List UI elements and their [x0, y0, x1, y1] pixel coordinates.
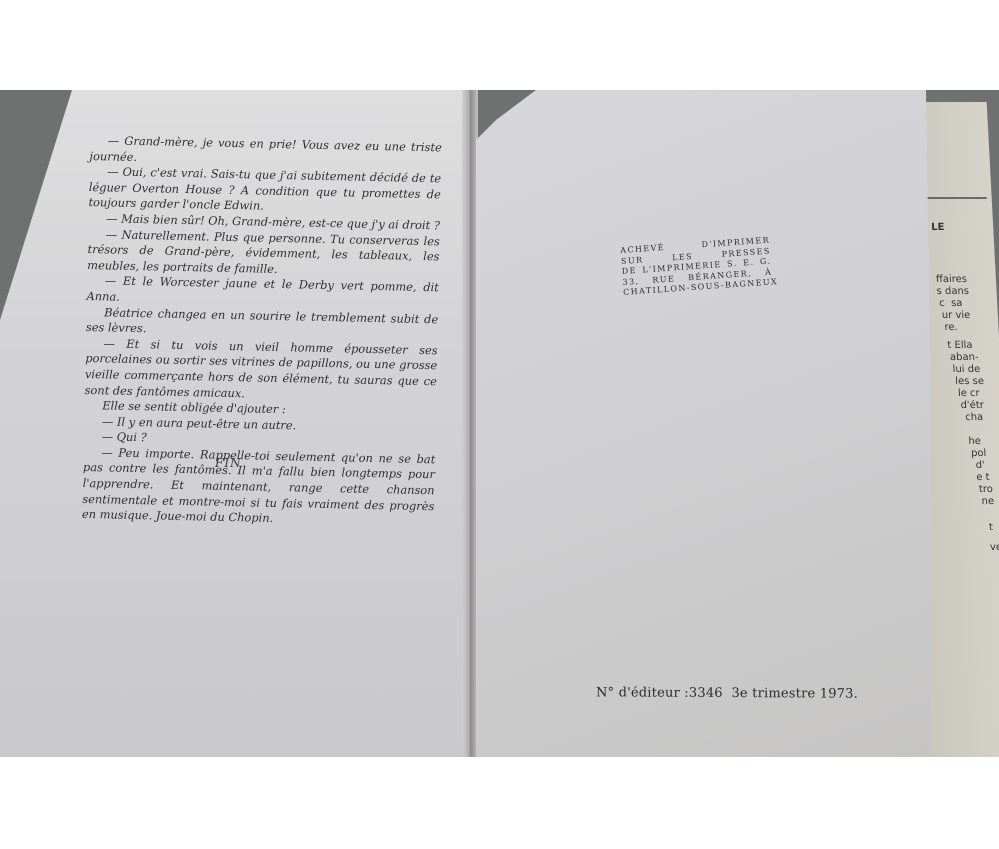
print-quarter: 3e — [731, 686, 747, 701]
right-page — [476, 90, 931, 757]
underlying-book-text: s dans — [936, 286, 969, 298]
underlying-book-text: ve — [990, 542, 999, 554]
underlying-book-text: le cr — [958, 388, 980, 400]
underlying-book-text: t Ella — [947, 340, 973, 352]
editor-label: N° d'éditeur — [596, 685, 680, 700]
left-page-text: — Grand-mère, je vous en prie! Vous avez… — [82, 133, 442, 530]
underlying-book-text: e t — [976, 472, 990, 484]
editor-number: :3346 — [684, 686, 723, 701]
print-date: trimestre 1973. — [752, 686, 858, 702]
underlying-book-text: cha — [965, 412, 984, 424]
publisher-info-line: N° d'éditeur :3346 3e trimestre 1973. — [596, 685, 858, 701]
underlying-book-text: pol — [971, 448, 987, 460]
underlying-book-text: ur vie — [942, 310, 971, 322]
book-photo: LE ffaires s dans c sa ur vie re. t Ella… — [0, 90, 999, 757]
paragraph: — Peu importe. Rappelle-toi seulement qu… — [82, 445, 436, 530]
underlying-book-text: t — [989, 522, 994, 534]
underlying-book-heading-fragment: LE — [931, 222, 945, 234]
underlying-book-text: les se — [955, 376, 984, 388]
underlying-book-text: re. — [944, 322, 958, 334]
colophon: Achevé d'imprimer sur les presses de l'i… — [620, 236, 773, 299]
underlying-book-text: lui de — [952, 364, 980, 376]
paragraph: — Et si tu vois un vieil homme époussete… — [84, 336, 437, 406]
underlying-book-text: ne — [981, 496, 994, 508]
underlying-book-rule — [927, 197, 987, 199]
underlying-book-text: aban- — [950, 352, 979, 364]
underlying-book-text: he — [968, 436, 981, 448]
underlying-book-text: d' — [975, 460, 985, 472]
underlying-book-text: tro — [979, 484, 994, 496]
underlying-book-text: ffaires — [936, 274, 968, 286]
underlying-book-text: d'étr — [960, 400, 984, 412]
left-page: — Grand-mère, je vous en prie! Vous avez… — [0, 90, 470, 757]
paragraph: — Naturellement. Plus que personne. Tu c… — [87, 227, 440, 281]
paragraph: — Oui, c'est vrai. Sais-tu que j'ai subi… — [88, 164, 441, 218]
underlying-book-text: c sa — [939, 298, 963, 310]
end-mark: FIN — [215, 456, 242, 470]
book-spine-gutter — [462, 90, 478, 757]
